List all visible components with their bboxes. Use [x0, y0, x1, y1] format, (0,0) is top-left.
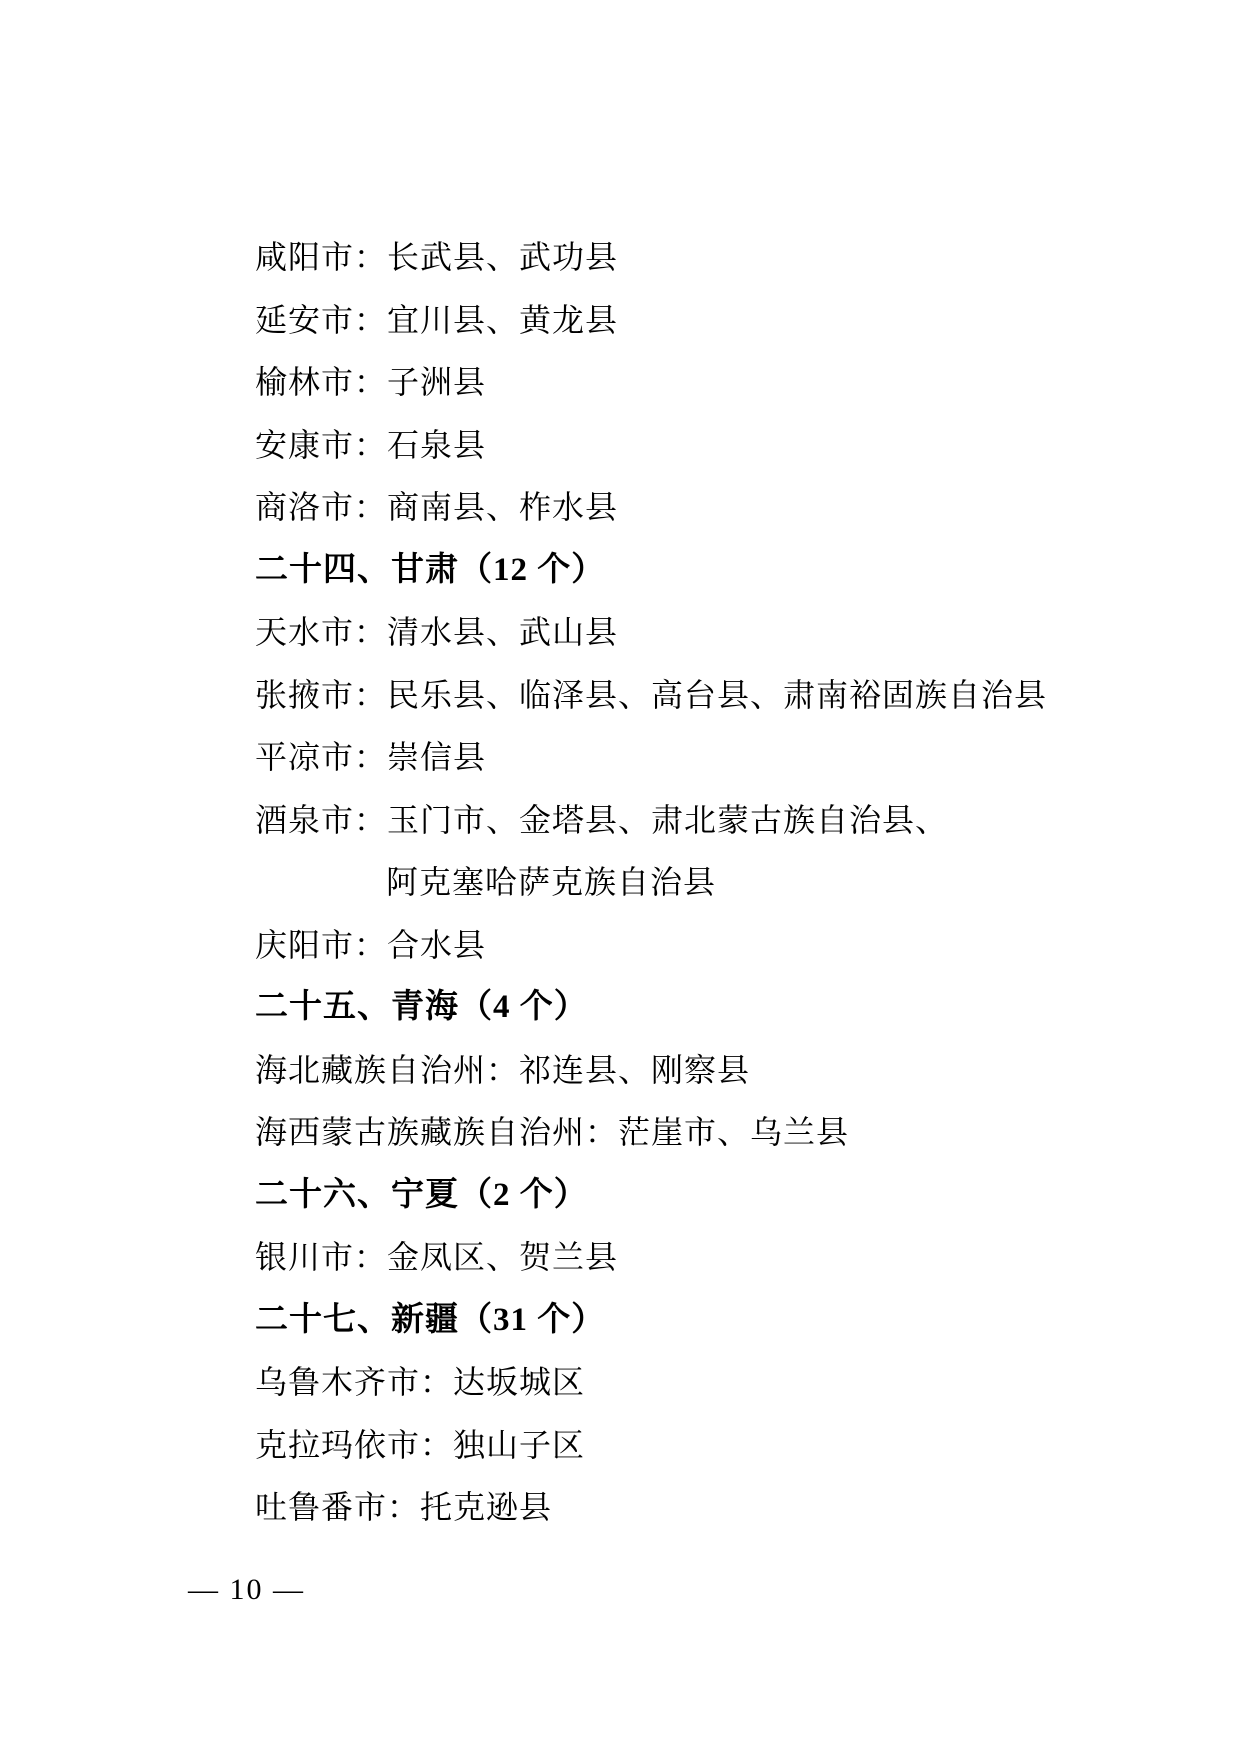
region-list-item: 海西蒙古族藏族自治州：茫崖市、乌兰县	[255, 1101, 1085, 1164]
document-body: 咸阳市：长武县、武功县延安市：宜川县、黄龙县榆林市：子洲县安康市：石泉县商洛市：…	[255, 226, 1085, 1539]
section-heading: 二十五、青海（4 个）	[255, 976, 1085, 1039]
document-page: { "document": { "lines": [ { "type": "it…	[0, 0, 1241, 1754]
page-footer: — 10 —	[188, 1572, 305, 1608]
section-heading: 二十四、甘肃（12 个）	[255, 539, 1085, 602]
page-background: 咸阳市：长武县、武功县延安市：宜川县、黄龙县榆林市：子洲县安康市：石泉县商洛市：…	[0, 0, 1241, 1754]
region-list-item: 平凉市：崇信县	[255, 726, 1085, 789]
region-list-item: 张掖市：民乐县、临泽县、高台县、肃南裕固族自治县	[255, 664, 1085, 727]
region-list-item: 庆阳市：合水县	[255, 914, 1085, 977]
region-list-item: 天水市：清水县、武山县	[255, 601, 1085, 664]
region-list-item: 酒泉市：玉门市、金塔县、肃北蒙古族自治县、	[255, 789, 1085, 852]
region-list-item: 商洛市：商南县、柞水县	[255, 476, 1085, 539]
section-heading: 二十七、新疆（31 个）	[255, 1289, 1085, 1352]
region-list-item: 咸阳市：长武县、武功县	[255, 226, 1085, 289]
region-list-item: 安康市：石泉县	[255, 414, 1085, 477]
page-number: — 10 —	[188, 1573, 305, 1606]
region-list-item: 吐鲁番市：托克逊县	[255, 1476, 1085, 1539]
region-list-item: 乌鲁木齐市：达坂城区	[255, 1351, 1085, 1414]
region-list-item: 克拉玛依市：独山子区	[255, 1414, 1085, 1477]
region-list-item-continuation: 阿克塞哈萨克族自治县	[255, 851, 1085, 914]
region-list-item: 海北藏族自治州：祁连县、刚察县	[255, 1039, 1085, 1102]
region-list-item: 延安市：宜川县、黄龙县	[255, 289, 1085, 352]
section-heading: 二十六、宁夏（2 个）	[255, 1164, 1085, 1227]
region-list-item: 榆林市：子洲县	[255, 351, 1085, 414]
region-list-item: 银川市：金凤区、贺兰县	[255, 1226, 1085, 1289]
